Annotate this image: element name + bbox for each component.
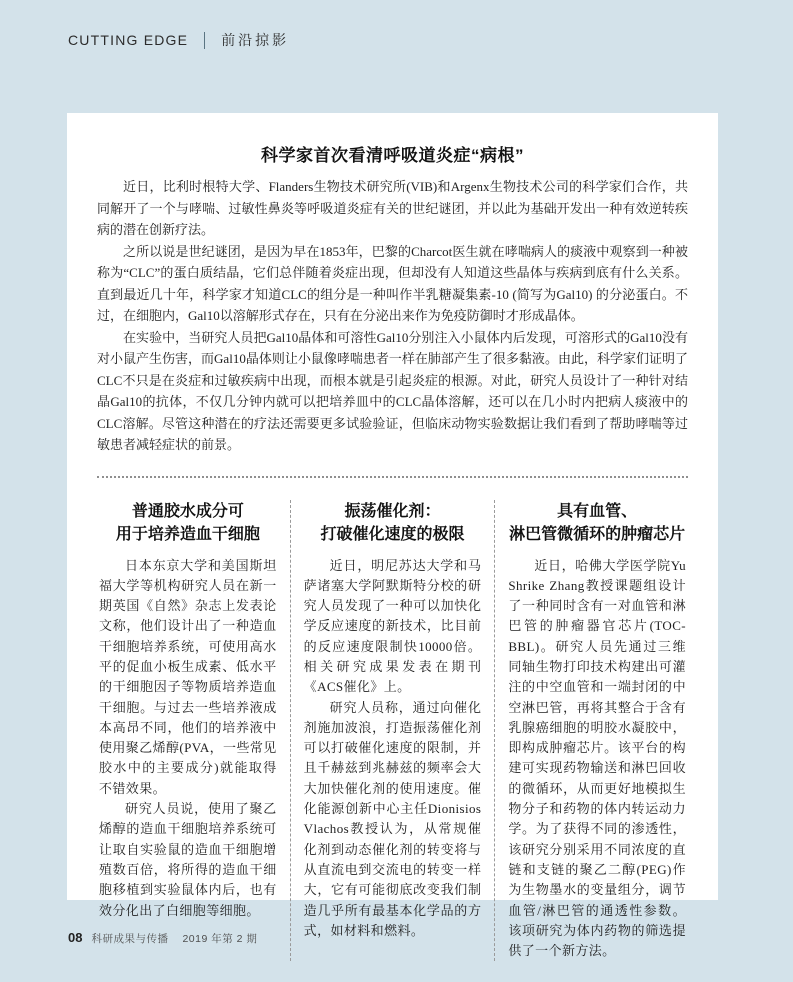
main-article-paragraph: 之所以说是世纪谜团，是因为早在1853年，巴黎的Charcot医生就在哮喘病人的… bbox=[97, 241, 688, 327]
column-paragraph: 近日，明尼苏达大学和马萨诸塞大学阿默斯特分校的研究人员发现了一种可以加快化学反应… bbox=[304, 556, 482, 698]
main-article-paragraph: 近日，比利时根特大学、Flanders生物技术研究所(VIB)和Argenx生物… bbox=[97, 176, 688, 241]
content-card: 科学家首次看清呼吸道炎症“病根” 近日，比利时根特大学、Flanders生物技术… bbox=[67, 113, 718, 900]
column-title: 振荡催化剂： 打破催化速度的极限 bbox=[304, 500, 482, 546]
main-article-paragraph: 在实验中，当研究人员把Gal10晶体和可溶性Gal10分别注入小鼠体内后发现，可… bbox=[97, 327, 688, 456]
column-title-line2: 打破催化速度的极限 bbox=[304, 523, 482, 546]
column-title-line1: 普通胶水成分可 bbox=[99, 500, 277, 523]
column-title-line2: 用于培养造血干细胞 bbox=[99, 523, 277, 546]
column-title: 普通胶水成分可 用于培养造血干细胞 bbox=[99, 500, 277, 546]
article-column-oscillating-catalyst: 振荡催化剂： 打破催化速度的极限 近日，明尼苏达大学和马萨诸塞大学阿默斯特分校的… bbox=[290, 500, 495, 962]
article-column-glue-stem-cells: 普通胶水成分可 用于培养造血干细胞 日本东京大学和美国斯坦福大学等机构研究人员在… bbox=[97, 500, 290, 962]
column-title-line1: 具有血管、 bbox=[508, 500, 686, 523]
column-title: 具有血管、 淋巴管微循环的肿瘤芯片 bbox=[508, 500, 686, 546]
column-paragraph: 日本东京大学和美国斯坦福大学等机构研究人员在新一期英国《自然》杂志上发表论文称，… bbox=[99, 556, 277, 800]
page-footer: 08 科研成果与传播 2019 年第 2 期 bbox=[68, 930, 257, 946]
column-title-line2: 淋巴管微循环的肿瘤芯片 bbox=[508, 523, 686, 546]
section-label-zh: 前沿掠影 bbox=[221, 30, 289, 50]
column-paragraph: 研究人员说，使用了聚乙烯醇的造血干细胞培养系统可让取自实验鼠的造血干细胞增殖数百… bbox=[99, 799, 277, 921]
issue-label: 2019 年第 2 期 bbox=[182, 931, 257, 946]
column-paragraph: 近日，哈佛大学医学院Yu Shrike Zhang教授课题组设计了一种同时含有一… bbox=[508, 556, 686, 962]
journal-name: 科研成果与传播 bbox=[91, 931, 168, 946]
page-header: CUTTING EDGE 前沿掠影 bbox=[68, 30, 289, 50]
page-number: 08 bbox=[68, 930, 82, 945]
header-divider bbox=[204, 32, 205, 49]
article-columns: 普通胶水成分可 用于培养造血干细胞 日本东京大学和美国斯坦福大学等机构研究人员在… bbox=[97, 500, 688, 962]
column-title-line1: 振荡催化剂： bbox=[304, 500, 482, 523]
article-column-tumor-chip: 具有血管、 淋巴管微循环的肿瘤芯片 近日，哈佛大学医学院Yu Shrike Zh… bbox=[494, 500, 688, 962]
dotted-separator bbox=[97, 476, 688, 478]
section-label-en: CUTTING EDGE bbox=[68, 32, 188, 48]
main-article: 科学家首次看清呼吸道炎症“病根” 近日，比利时根特大学、Flanders生物技术… bbox=[97, 141, 688, 456]
main-article-title: 科学家首次看清呼吸道炎症“病根” bbox=[97, 141, 688, 166]
column-paragraph: 研究人员称，通过向催化剂施加波浪，打造振荡催化剂可以打破催化速度的限制，并且千赫… bbox=[304, 698, 482, 942]
